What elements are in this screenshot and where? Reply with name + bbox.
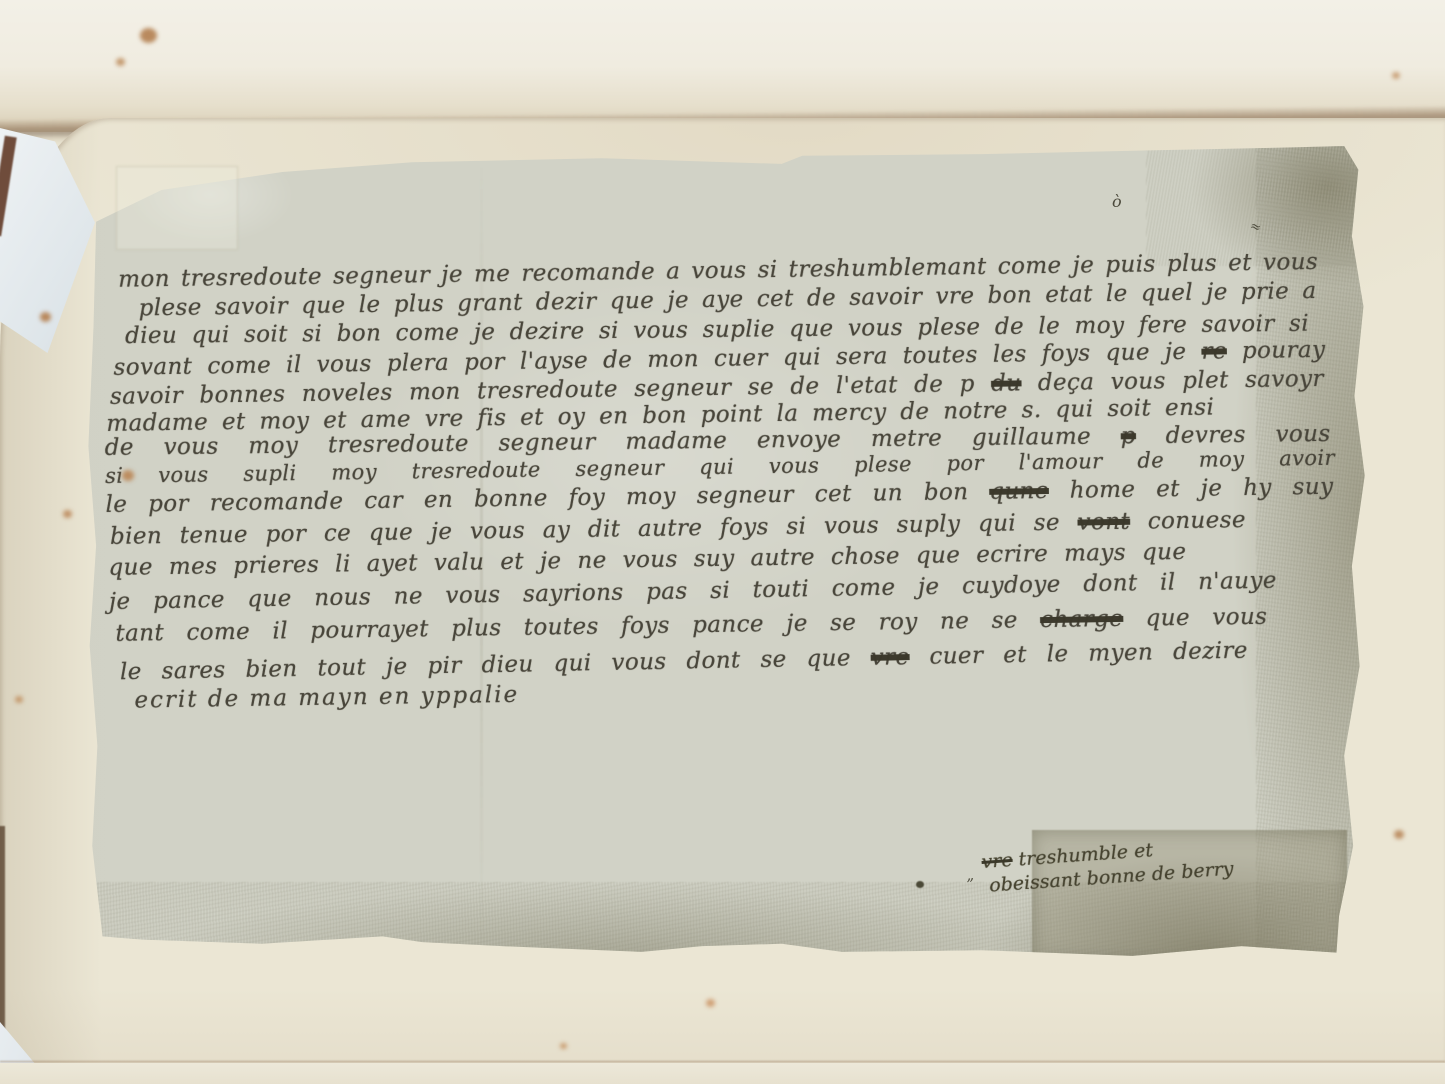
fox-spot xyxy=(1392,72,1400,79)
watermark-patch xyxy=(116,166,238,250)
manuscript-text: mon tresredoute segneur je me recomande … xyxy=(102,248,1339,716)
fox-spot xyxy=(140,28,157,43)
fox-spot xyxy=(116,58,125,66)
fox-spot xyxy=(122,470,134,481)
fox-spot xyxy=(40,312,51,322)
manuscript-word: conuese xyxy=(1130,507,1246,535)
manuscript-word: ecrit de ma mayn en yppalie xyxy=(134,682,519,714)
struck-word: du xyxy=(991,370,1022,396)
struck-word: vre xyxy=(981,849,1014,873)
manuscript-word: que vous xyxy=(1123,604,1267,632)
manuscript-word: home et je hy suy xyxy=(1049,474,1334,504)
struck-word: re xyxy=(1201,339,1227,365)
struck-word: p xyxy=(1121,424,1136,450)
struck-word: qune xyxy=(989,478,1049,505)
struck-word: vre xyxy=(871,644,910,671)
manuscript-word: deça vous plet savoyr xyxy=(1021,366,1324,396)
fox-spot xyxy=(560,1043,567,1049)
ink-mark-small-o: ò xyxy=(1112,192,1122,211)
ink-blot xyxy=(916,881,924,888)
page-bottom-band xyxy=(0,1063,1445,1084)
manuscript-word: cuer et le myen dezire xyxy=(909,638,1248,670)
fox-spot xyxy=(1394,830,1404,839)
fox-spot xyxy=(63,510,72,518)
fox-spot xyxy=(706,999,715,1007)
manuscript-word: pouray xyxy=(1227,337,1326,364)
manuscript-word: devres vous xyxy=(1136,421,1331,449)
book-photo: mon tresredoute segneur je me recomande … xyxy=(0,0,1445,1084)
struck-word: vont xyxy=(1077,508,1130,535)
struck-word: charge xyxy=(1040,606,1124,633)
fox-spot xyxy=(15,696,23,703)
